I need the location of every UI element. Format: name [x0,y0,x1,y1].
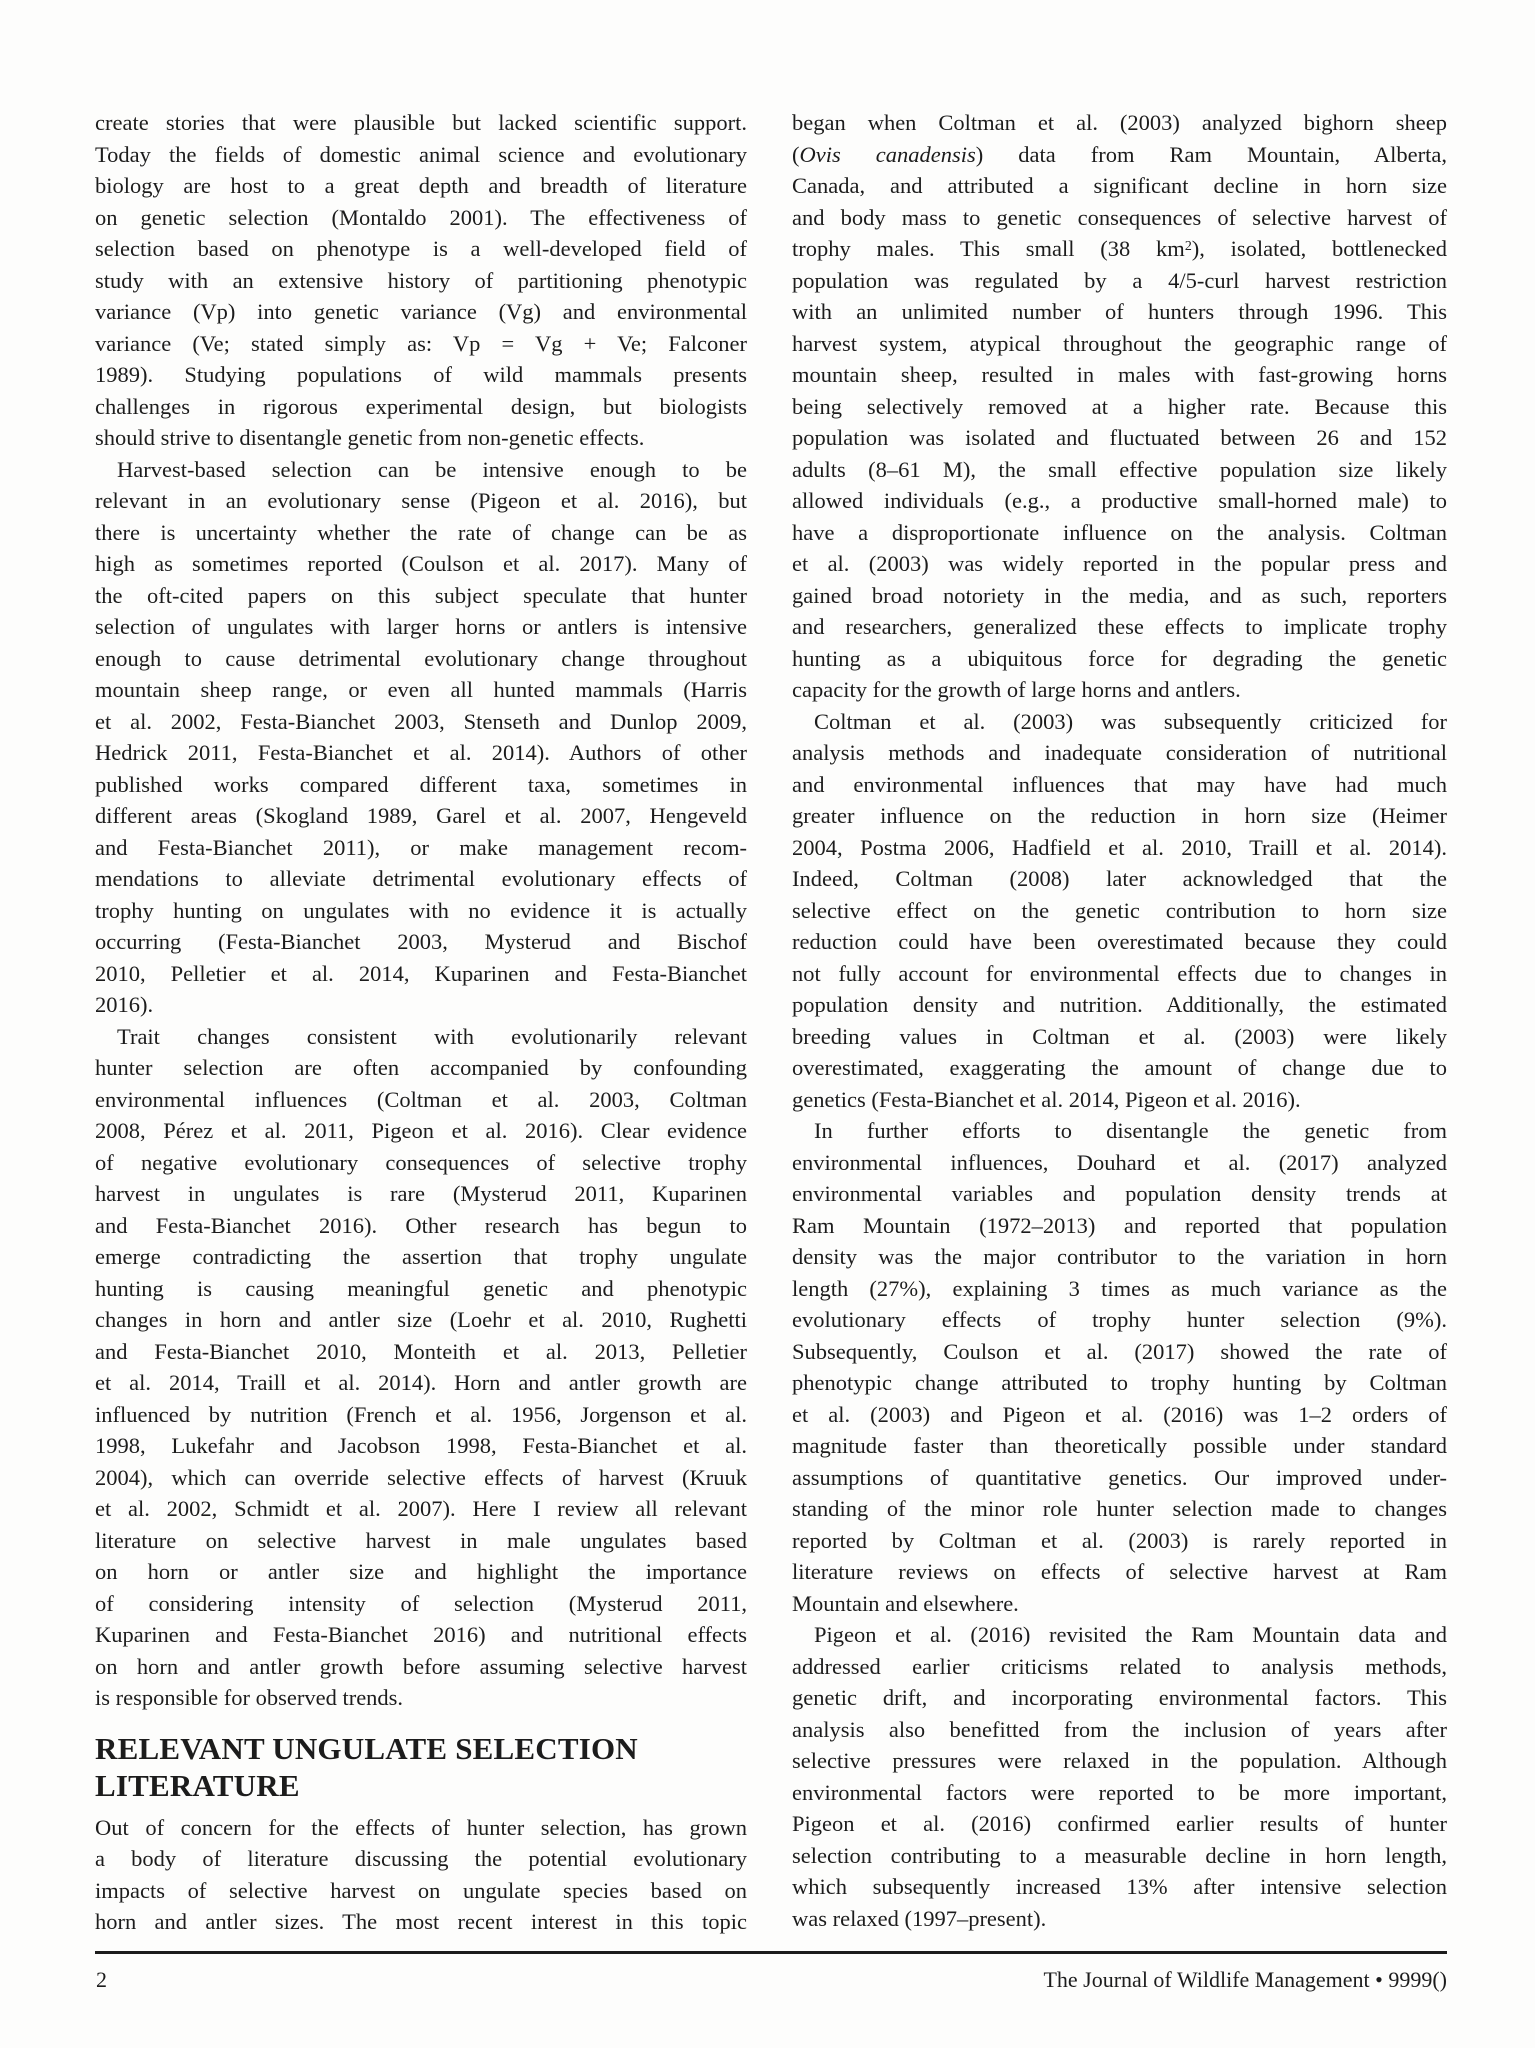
text-line: Hedrick 2011, Festa-Bianchet et al. 2014… [95,737,747,769]
text-line: Pigeon et al. (2016) confirmed earlier r… [792,1808,1447,1840]
paragraph: Trait changes consistent with evolutiona… [95,1021,747,1714]
text-line: Indeed, Coltman (2008) later acknowledge… [792,863,1447,895]
text-line: not fully account for environmental effe… [792,958,1447,990]
text-line: 2004), which can override selective effe… [95,1462,747,1494]
text-line: on genetic selection (Montaldo 2001). Th… [95,202,747,234]
text-line: should strive to disentangle genetic fro… [95,422,747,454]
text-line: Canada, and attributed a significant dec… [792,170,1447,202]
text-line: create stories that were plausible but l… [95,107,747,139]
text-line: of considering intensity of selection (M… [95,1588,747,1620]
journal-article-page: create stories that were plausible but l… [0,0,1535,2048]
text-line: enough to cause detrimental evolutionary… [95,643,747,675]
text-line: of negative evolutionary consequences of… [95,1147,747,1179]
text-line: study with an extensive history of parti… [95,265,747,297]
text-line: variance (Ve; stated simply as: Vp = Vg … [95,328,747,360]
paragraph: In further efforts to disentangle the ge… [792,1115,1447,1619]
text-line: analysis also benefitted from the inclus… [792,1714,1447,1746]
text-line: et al. (2003) and Pigeon et al. (2016) w… [792,1399,1447,1431]
text-line: evolutionary effects of trophy hunter se… [792,1304,1447,1336]
text-line: genetics (Festa-Bianchet et al. 2014, Pi… [792,1084,1447,1116]
text-line: there is uncertainty whether the rate of… [95,517,747,549]
text-line: 2010, Pelletier et al. 2014, Kuparinen a… [95,958,747,990]
text-line: and Festa-Bianchet 2011), or make manage… [95,832,747,864]
left-column: create stories that were plausible but l… [95,107,747,1938]
text-line: literature reviews on effects of selecti… [792,1556,1447,1588]
text-line: Out of concern for the effects of hunter… [95,1812,747,1844]
text-line: Ram Mountain (1972–2013) and reported th… [792,1210,1447,1242]
text-line: reduction could have been overestimated … [792,926,1447,958]
text-line: et al. 2002, Schmidt et al. 2007). Here … [95,1493,747,1525]
text-line: genetic drift, and incorporating environ… [792,1682,1447,1714]
text-line: Kuparinen and Festa-Bianchet 2016) and n… [95,1619,747,1651]
paragraph: Out of concern for the effects of hunter… [95,1812,747,1938]
text-line: occurring (Festa-Bianchet 2003, Mysterud… [95,926,747,958]
text-line: changes in horn and antler size (Loehr e… [95,1304,747,1336]
text-line: 2004, Postma 2006, Hadfield et al. 2010,… [792,832,1447,864]
right-column: began when Coltman et al. (2003) analyze… [792,107,1447,1934]
text-line: began when Coltman et al. (2003) analyze… [792,107,1447,139]
text-line: mendations to alleviate detrimental evol… [95,863,747,895]
text-line: selection contributing to a measurable d… [792,1840,1447,1872]
page-number: 2 [96,1966,107,1994]
text-line: selection based on phenotype is a well-d… [95,233,747,265]
text-line: length (27%), explaining 3 times as much… [792,1273,1447,1305]
text-line: have a disproportionate influence on the… [792,517,1447,549]
heading-line: LITERATURE [95,1767,747,1804]
section-heading: RELEVANT UNGULATE SELECTIONLITERATURE [95,1730,747,1804]
text-line: (Ovis canadensis) data from Ram Mountain… [792,139,1447,171]
text-line: 1989). Studying populations of wild mamm… [95,359,747,391]
text-line: mountain sheep, resulted in males with f… [792,359,1447,391]
text-line: published works compared different taxa,… [95,769,747,801]
text-line: selection of ungulates with larger horns… [95,611,747,643]
text-line: variance (Vp) into genetic variance (Vg)… [95,296,747,328]
paragraph: Pigeon et al. (2016) revisited the Ram M… [792,1619,1447,1934]
text-line: density was the major contributor to the… [792,1241,1447,1273]
text-line: hunting as a ubiquitous force for degrad… [792,643,1447,675]
text-line: environmental factors were reported to b… [792,1777,1447,1809]
text-line: standing of the minor role hunter select… [792,1493,1447,1525]
text-line: on horn or antler size and highlight the… [95,1556,747,1588]
text-line: 2016). [95,989,747,1021]
text-line: hunter selection are often accompanied b… [95,1052,747,1084]
paragraph: create stories that were plausible but l… [95,107,747,454]
text-line: environmental variables and population d… [792,1178,1447,1210]
text-line: horn and antler sizes. The most recent i… [95,1906,747,1938]
text-line: and Festa-Bianchet 2010, Monteith et al.… [95,1336,747,1368]
text-line: selective effect on the genetic contribu… [792,895,1447,927]
text-line: impacts of selective harvest on ungulate… [95,1875,747,1907]
text-line: addressed earlier criticisms related to … [792,1651,1447,1683]
text-line: et al. 2014, Traill et al. 2014). Horn a… [95,1367,747,1399]
text-line: trophy hunting on ungulates with no evid… [95,895,747,927]
text-line: population density and nutrition. Additi… [792,989,1447,1021]
text-line: population was regulated by a 4/5-curl h… [792,265,1447,297]
text-line: emerge contradicting the assertion that … [95,1241,747,1273]
text-line: is responsible for observed trends. [95,1682,747,1714]
text-line: and researchers, generalized these effec… [792,611,1447,643]
text-line: biology are host to a great depth and br… [95,170,747,202]
text-line: and environmental influences that may ha… [792,769,1447,801]
text-line: selective pressures were relaxed in the … [792,1745,1447,1777]
text-line: analysis methods and inadequate consider… [792,737,1447,769]
text-line: greater influence on the reduction in ho… [792,800,1447,832]
text-line: Mountain and elsewhere. [792,1588,1447,1620]
text-line: and Festa-Bianchet 2016). Other research… [95,1210,747,1242]
text-line: et al. 2002, Festa-Bianchet 2003, Stense… [95,706,747,738]
text-line: 1998, Lukefahr and Jacobson 1998, Festa-… [95,1430,747,1462]
text-line: population was isolated and fluctuated b… [792,422,1447,454]
text-line: adults (8–61 M), the small effective pop… [792,454,1447,486]
text-line: and body mass to genetic consequences of… [792,202,1447,234]
text-line: trophy males. This small (38 km2), isola… [792,233,1447,265]
text-line: harvest in ungulates is rare (Mysterud 2… [95,1178,747,1210]
text-line: a body of literature discussing the pote… [95,1843,747,1875]
text-line: relevant in an evolutionary sense (Pigeo… [95,485,747,517]
text-line: phenotypic change attributed to trophy h… [792,1367,1447,1399]
text-line: being selectively removed at a higher ra… [792,391,1447,423]
text-line: high as sometimes reported (Coulson et a… [95,548,747,580]
paragraph: Harvest-based selection can be intensive… [95,454,747,1021]
text-line: influenced by nutrition (French et al. 1… [95,1399,747,1431]
text-line: mountain sheep range, or even all hunted… [95,674,747,706]
text-line: breeding values in Coltman et al. (2003)… [792,1021,1447,1053]
text-line: et al. (2003) was widely reported in the… [792,548,1447,580]
text-line: Harvest-based selection can be intensive… [95,454,747,486]
text-line: literature on selective harvest in male … [95,1525,747,1557]
text-line: hunting is causing meaningful genetic an… [95,1273,747,1305]
text-line: the oft-cited papers on this subject spe… [95,580,747,612]
text-line: 2008, Pérez et al. 2011, Pigeon et al. 2… [95,1115,747,1147]
text-line: capacity for the growth of large horns a… [792,674,1447,706]
text-line: on horn and antler growth before assumin… [95,1651,747,1683]
paragraph: began when Coltman et al. (2003) analyze… [792,107,1447,706]
superscript-text: 2 [1185,239,1192,254]
text-line: challenges in rigorous experimental desi… [95,391,747,423]
text-line: assumptions of quantitative genetics. Ou… [792,1462,1447,1494]
text-line: reported by Coltman et al. (2003) is rar… [792,1525,1447,1557]
text-line: Pigeon et al. (2016) revisited the Ram M… [792,1619,1447,1651]
journal-footer-text: The Journal of Wildlife Management • 999… [1043,1966,1447,1994]
text-line: harvest system, atypical throughout the … [792,328,1447,360]
text-line: Coltman et al. (2003) was subsequently c… [792,706,1447,738]
text-line: was relaxed (1997–present). [792,1903,1447,1935]
text-line: magnitude faster than theoretically poss… [792,1430,1447,1462]
text-line: environmental influences, Douhard et al.… [792,1147,1447,1179]
text-line: Today the fields of domestic animal scie… [95,139,747,171]
text-line: Trait changes consistent with evolutiona… [95,1021,747,1053]
heading-line: RELEVANT UNGULATE SELECTION [95,1730,747,1767]
text-line: gained broad notoriety in the media, and… [792,580,1447,612]
text-line: In further efforts to disentangle the ge… [792,1115,1447,1147]
species-name-italic: Ovis canadensis [800,142,976,167]
text-line: different areas (Skogland 1989, Garel et… [95,800,747,832]
text-line: environmental influences (Coltman et al.… [95,1084,747,1116]
text-line: with an unlimited number of hunters thro… [792,296,1447,328]
text-line: which subsequently increased 13% after i… [792,1871,1447,1903]
text-line: overestimated, exaggerating the amount o… [792,1052,1447,1084]
footer-rule [95,1951,1447,1954]
text-line: Subsequently, Coulson et al. (2017) show… [792,1336,1447,1368]
text-line: allowed individuals (e.g., a productive … [792,485,1447,517]
paragraph: Coltman et al. (2003) was subsequently c… [792,706,1447,1116]
